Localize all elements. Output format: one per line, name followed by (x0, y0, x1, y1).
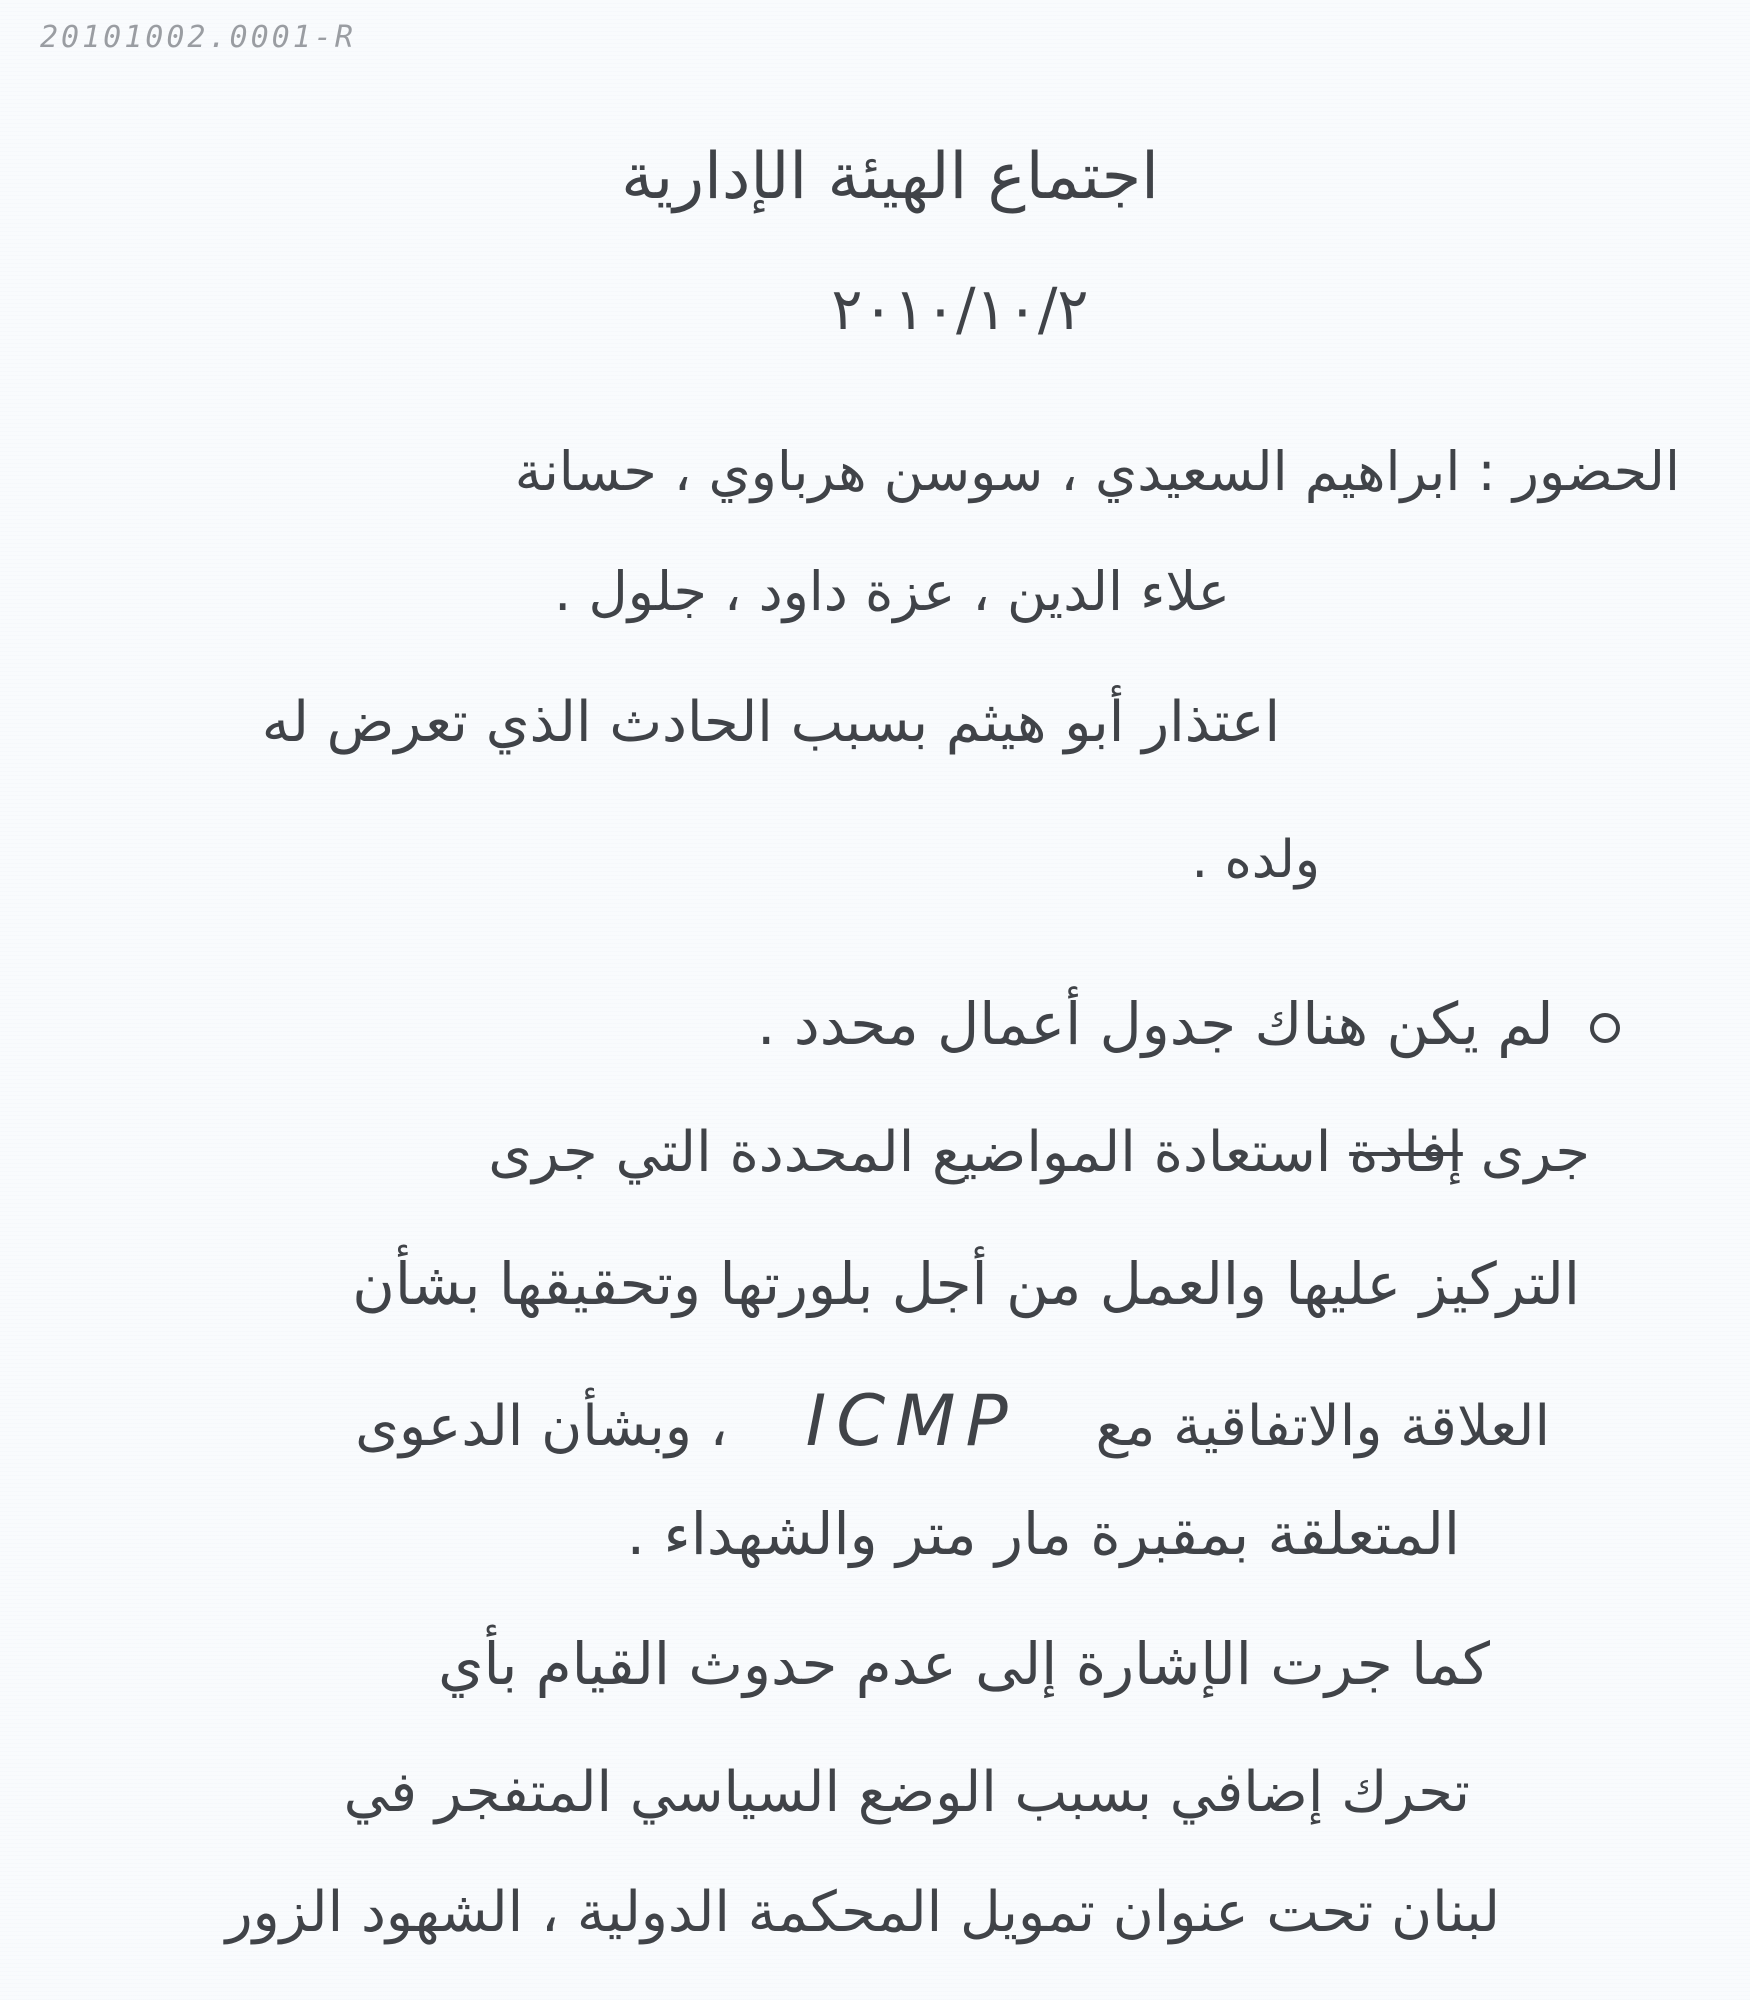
topics-line-1: جرى إفادة استعادة المواضيع المحددة التي … (90, 1120, 1590, 1185)
closing-note-line-2: تحرك إضافي بسبب الوضع السياسي المتفجر في (50, 1760, 1470, 1825)
apology-line-1: اعتذار أبو هيثم بسبب الحادث الذي تعرض له (30, 690, 1280, 755)
attendees-line-1: الحضور : ابراهيم السعيدي ، سوسن هرباوي ،… (0, 440, 1680, 503)
document-title: اجتماع الهيئة الإدارية (560, 140, 1220, 214)
attendees-line-2: علاء الدين ، عزة داود ، جلول . (430, 560, 1230, 623)
attendees-label: الحضور : (1478, 440, 1680, 503)
struck-word: إفادة (1349, 1120, 1463, 1185)
topics-line-2: التركيز عليها والعمل من أجل بلورتها وتحق… (20, 1250, 1580, 1318)
closing-note-line-3: لبنان تحت عنوان تمويل المحكمة الدولية ، … (0, 1880, 1500, 1945)
bullet-icon (1590, 1013, 1620, 1043)
scanned-page: 20101002.0001-R اجتماع الهيئة الإدارية ٢… (0, 0, 1750, 2000)
agenda-note: لم يكن هناك جدول أعمال محدد . (757, 990, 1554, 1058)
topics-line-3-end: ، وبشأن الدعوى (355, 1394, 728, 1459)
topics-line-3: العلاقة والاتفاقية مع ICMP ، وبشأن الدعو… (10, 1380, 1550, 1462)
closing-note-line-1: كما جرت الإشارة إلى عدم حدوث القيام بأي (10, 1630, 1490, 1698)
topics-rest: استعادة المواضيع المحددة التي جرى (488, 1120, 1331, 1185)
icmp-acronym: ICMP (806, 1380, 1018, 1462)
attendees-names-1: ابراهيم السعيدي ، سوسن هرباوي ، حسانة (515, 440, 1461, 503)
document-reference-id: 20101002.0001-R (40, 20, 356, 55)
apology-line-2: ولده . (920, 830, 1320, 890)
agenda-bullet: لم يكن هناك جدول أعمال محدد . (320, 990, 1620, 1058)
meeting-date: ٢٠١٠/١٠/٢ (790, 275, 1130, 343)
topics-prefix: جرى (1481, 1120, 1590, 1185)
topics-line-3-start: العلاقة والاتفاقية مع (1096, 1394, 1550, 1459)
topics-line-4: المتعلقة بمقبرة مار متر والشهداء . (160, 1500, 1460, 1568)
